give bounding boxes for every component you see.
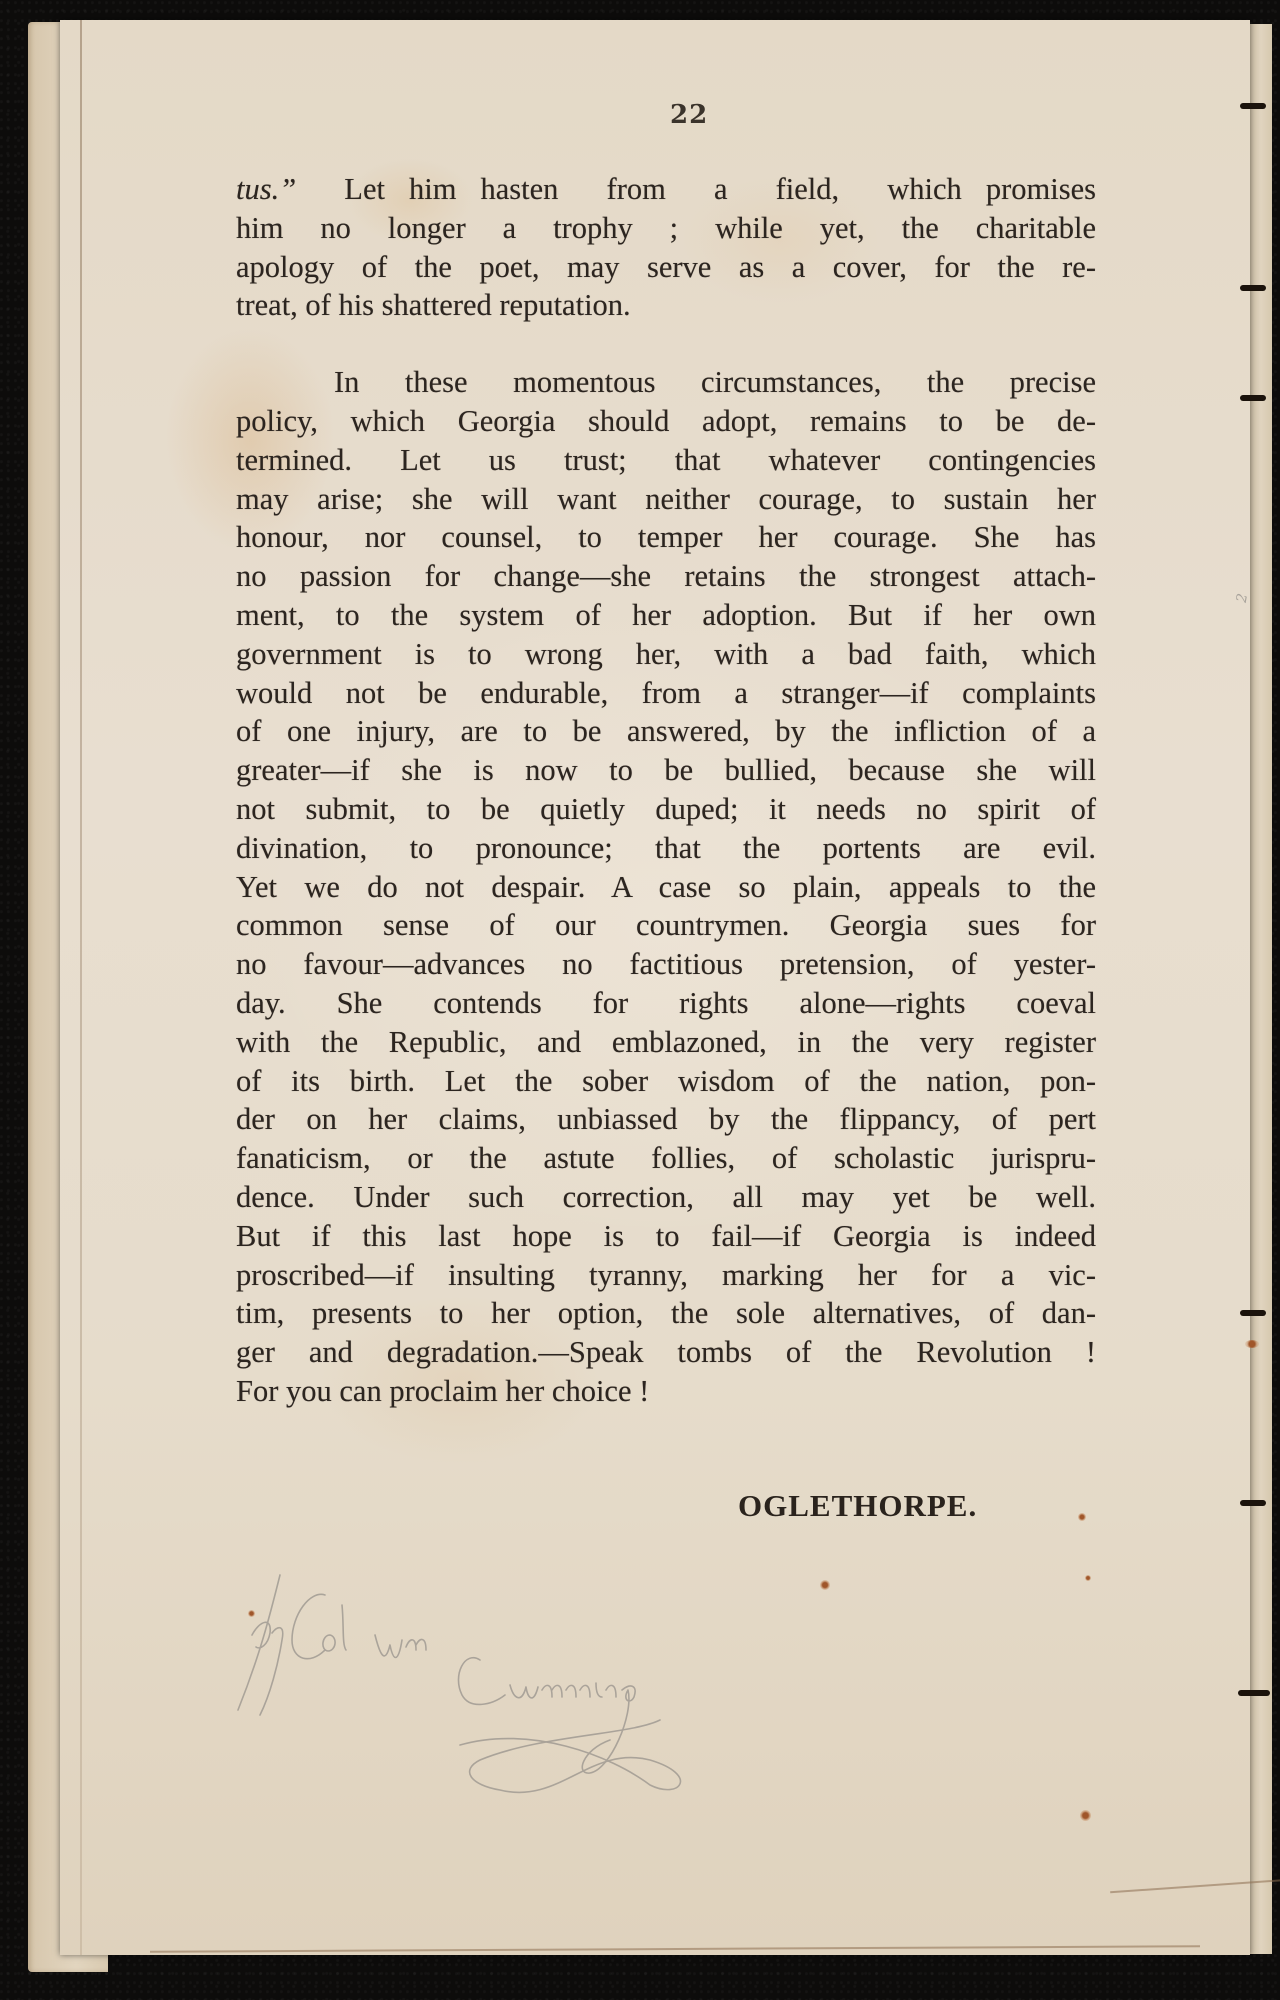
text-line: treat, of his shattered reputation. [236,286,1096,325]
author-signature: OGLETHORPE. [738,1488,977,1524]
page-number: 22 [670,100,708,130]
binding-hole [1240,103,1266,109]
text-line: In these momentous circumstances, the pr… [236,363,1096,402]
binding-hole [1240,1500,1266,1506]
text-line: greater—if she is now to be bullied, bec… [236,751,1096,790]
paper-tear [150,1945,1200,1952]
text-line: of its birth. Let the sober wisdom of th… [236,1062,1096,1101]
text-line: day. She contends for rights alone—right… [236,984,1096,1023]
paragraph: tus.” Let him hasten from a field, which… [236,170,1096,325]
text-line: no favour—advances no factitious pretens… [236,945,1096,984]
text-line: fanaticism, or the astute follies, of sc… [236,1139,1096,1178]
text-line: honour, nor counsel, to temper her coura… [236,518,1096,557]
text-line: dence. Under such correction, all may ye… [236,1178,1096,1217]
text-line: But if this last hope is to fail—if Geor… [236,1217,1096,1256]
binding-hole [1238,1690,1270,1696]
binding-hole [1240,285,1266,291]
text-line: common sense of our countrymen. Georgia … [236,906,1096,945]
text-line: tim, presents to her option, the sole al… [236,1294,1096,1333]
text-line: government is to wrong her, with a bad f… [236,635,1096,674]
text-line: proscribed—if insulting tyranny, marking… [236,1256,1096,1295]
text-line: no passion for change—she retains the st… [236,557,1096,596]
paragraph-gap [236,325,1096,363]
foxing-spot [1245,1340,1259,1348]
paragraph: In these momentous circumstances, the pr… [236,363,1096,1411]
text-line: him no longer a trophy ; while yet, the … [236,209,1096,248]
binding-strip [1248,24,1272,1954]
text-line: ment, to the system of her adoption. But… [236,596,1096,635]
text-line: divination, to pronounce; that the porte… [236,829,1096,868]
text-line: of one injury, are to be answered, by th… [236,712,1096,751]
foxing-spot [1080,1810,1091,1821]
text-line: would not be endurable, from a stranger—… [236,674,1096,713]
text-line: For you can proclaim her choice ! [236,1372,1096,1411]
binding-hole [1240,1310,1266,1316]
text-line: ger and degradation.—Speak tombs of the … [236,1333,1096,1372]
text-line: termined. Let us trust; that whatever co… [236,441,1096,480]
text-line: may arise; she will want neither courage… [236,480,1096,519]
text-line: with the Republic, and emblazoned, in th… [236,1023,1096,1062]
text-line: not submit, to be quietly duped; it need… [236,790,1096,829]
text-line: policy, which Georgia should adopt, rema… [236,402,1096,441]
text-line: der on her claims, unbiassed by the flip… [236,1100,1096,1139]
body-text: tus.” Let him hasten from a field, which… [236,170,1096,1411]
binding-hole [1240,395,1266,401]
handwritten-annotation: by Col. Wm. Cumming [230,1555,1090,1795]
text-line: Yet we do not despair. A case so plain, … [236,868,1096,907]
italic-word: tus.” [236,172,296,206]
text-line: apology of the poet, may serve as a cove… [236,248,1096,287]
text-line: tus.” Let him hasten from a field, which… [236,170,1096,209]
foxing-spot [1078,1513,1086,1521]
